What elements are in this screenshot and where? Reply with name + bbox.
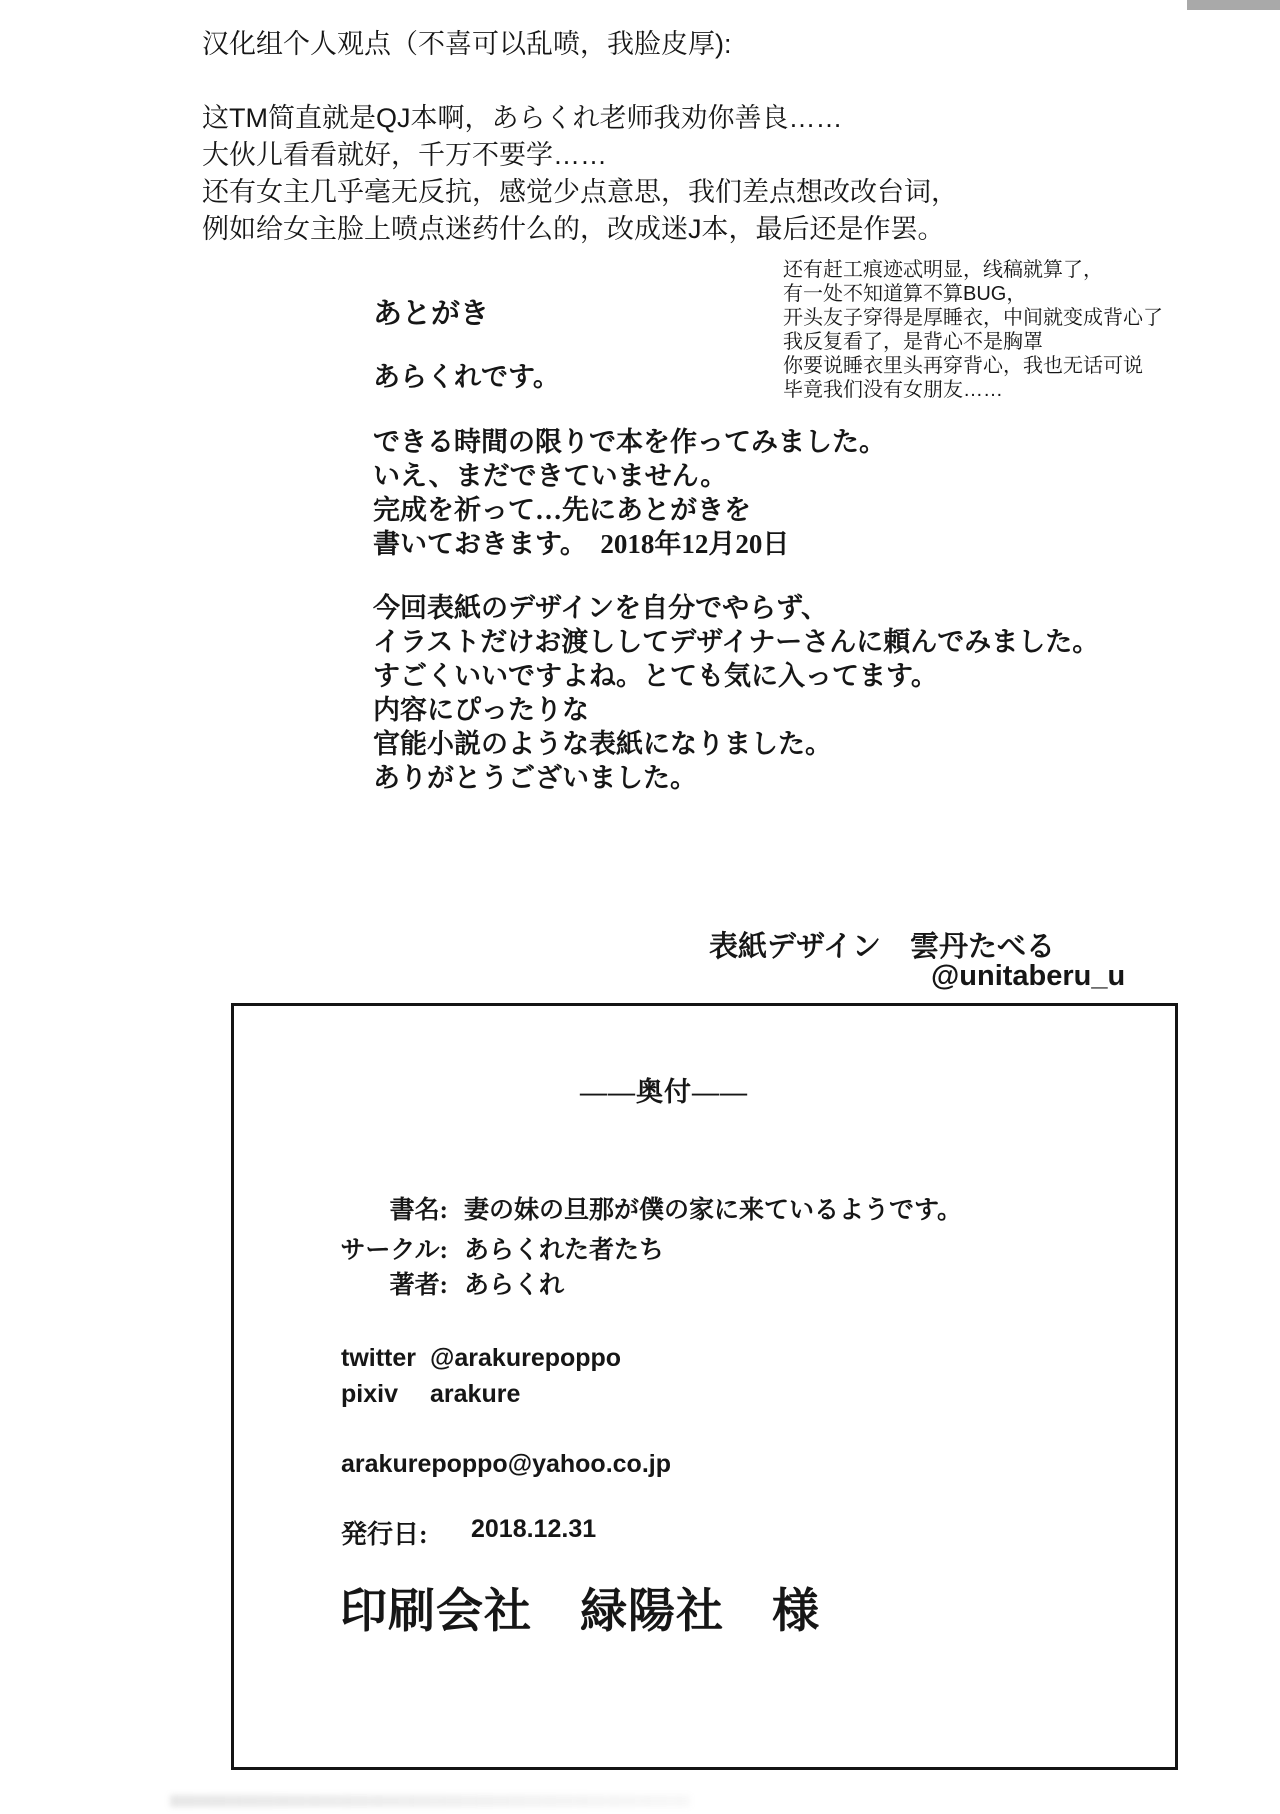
contact-value: @arakurepoppo [430,1344,621,1373]
publish-date-row: 発行日: 2018.12.31 [341,1514,428,1551]
contact-row-pixiv: pixiv arakure [341,1380,520,1409]
side-note-line: 有一处不知道算不算BUG， [783,282,1163,306]
colophon-label: 著者: [234,1265,448,1301]
afterword-paragraph-1: できる時間の限りで本を作ってみました。 いえ、まだできていません。 完成を祈って… [373,425,886,561]
translator-note-line: 例如给女主脸上喷点迷药什么的，改成迷J本，最后还是作罢。 [202,211,958,248]
contact-value: arakure [430,1380,520,1409]
afterword-line: イラストだけお渡ししてデザイナーさんに頼んでみました。 [373,625,1099,659]
colophon-row-title: 書名: 妻の妹の旦那が僕の家に来ているようです。 [234,1190,962,1226]
colophon-value: 妻の妹の旦那が僕の家に来ているようです。 [464,1190,962,1226]
publish-date-label: 発行日: [341,1520,428,1549]
translator-note-header: 汉化组个人观点（不喜可以乱喷，我脸皮厚): [202,26,732,63]
colophon-title: ――奥付―― [404,1070,924,1109]
translator-note-block: 这TM简直就是QJ本啊，あらくれ老师我劝你善良…… 大伙儿看看就好，千万不要学…… [202,100,958,248]
cover-designer-handle: @unitaberu_u [931,960,1125,993]
afterword-line: すごくいいですよね。とても気に入ってます。 [373,659,1099,693]
scan-artifact-bottom [170,1795,690,1807]
side-note-line: 毕竟我们没有女朋友…… [783,378,1163,402]
afterword-line: 今回表紙のデザインを自分でやらず、 [373,591,1099,625]
cover-design-credit: 表紙デザイン 雲丹たべる [709,924,1055,965]
colophon-row-circle: サークル: あらくれた者たち [234,1230,664,1266]
colophon-row-author: 著者: あらくれ [234,1265,564,1301]
afterword-line: できる時間の限りで本を作ってみました。 [373,425,886,459]
side-note-line: 你要说睡衣里头再穿背心，我也无话可说 [783,354,1163,378]
afterword-title: あとがき [373,291,489,332]
colophon-label: 書名: [234,1190,448,1226]
colophon-value: あらくれた者たち [464,1230,664,1266]
afterword-line: 官能小説のような表紙になりました。 [373,727,1099,761]
contact-label: twitter [341,1344,430,1373]
afterword-line: 内容にぴったりな [373,693,1099,727]
afterword-line: いえ、まだできていません。 [373,459,886,493]
contact-email: arakurepoppo@yahoo.co.jp [341,1450,671,1479]
side-note-line: 我反复看了，是背心不是胸罩 [783,330,1163,354]
afterword-paragraph-2: 今回表紙のデザインを自分でやらず、 イラストだけお渡ししてデザイナーさんに頼んで… [373,591,1099,795]
translator-note-line: 这TM简直就是QJ本啊，あらくれ老师我劝你善良…… [202,100,958,137]
publish-date-value: 2018.12.31 [471,1515,596,1544]
side-note-line: 还有赶工痕迹忒明显，线稿就算了， [783,258,1163,282]
afterword-line: ありがとうございました。 [373,761,1099,795]
scan-artifact-top-right [1187,0,1280,10]
colophon-value: あらくれ [464,1265,564,1301]
afterword-line: 完成を祈って…先にあとがきを [373,493,886,527]
translator-note-line: 大伙儿看看就好，千万不要学…… [202,137,958,174]
afterword-greeting: あらくれです。 [373,355,560,394]
translator-note-line: 还有女主几乎毫无反抗，感觉少点意思，我们差点想改改台词， [202,174,958,211]
translator-side-note: 还有赶工痕迹忒明显，线稿就算了， 有一处不知道算不算BUG， 开头友子穿得是厚睡… [783,258,1163,402]
contact-row-twitter: twitter @arakurepoppo [341,1344,621,1373]
scanned-afterword-page: 汉化组个人观点（不喜可以乱喷，我脸皮厚): 这TM简直就是QJ本啊，あらくれ老师… [0,0,1280,1814]
contact-label: pixiv [341,1380,430,1409]
afterword-line: 書いておきます。 2018年12月20日 [373,527,886,561]
colophon-box: ――奥付―― 書名: 妻の妹の旦那が僕の家に来ているようです。 サークル: あら… [231,1003,1178,1770]
colophon-label: サークル: [234,1230,448,1266]
printer-credit: 印刷会社 緑陽社 様 [340,1574,820,1641]
side-note-line: 开头友子穿得是厚睡衣，中间就变成背心了 [783,306,1163,330]
